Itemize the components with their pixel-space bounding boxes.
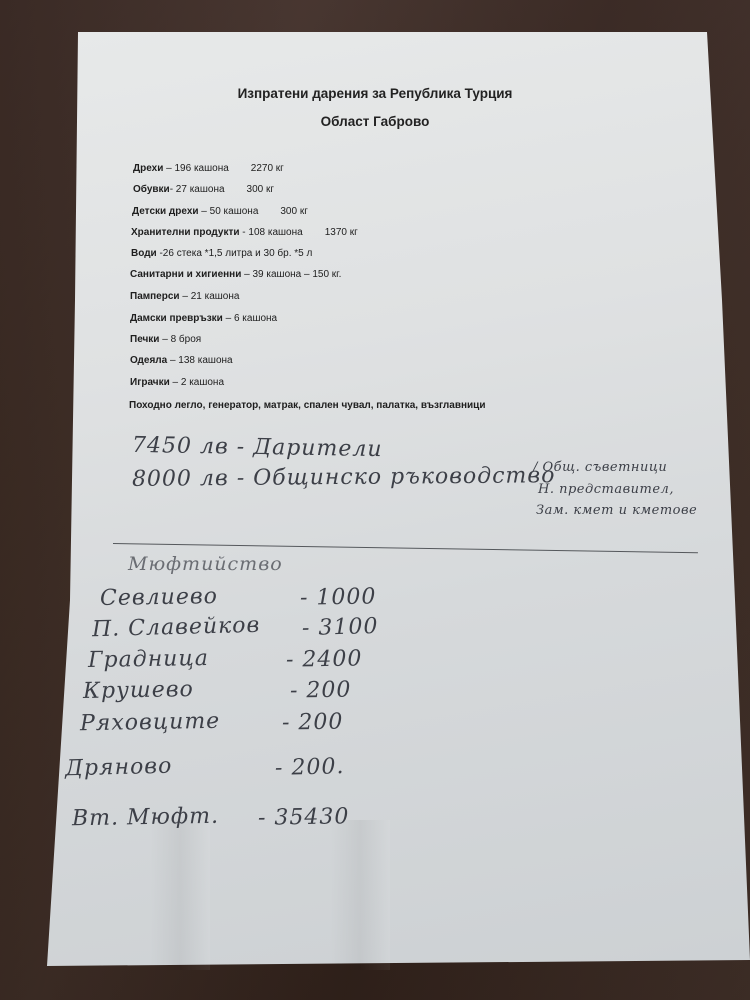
donation-item-name: Дамски превръзки (130, 313, 223, 324)
donation-item-name: Походно легло, генератор, матрак, спален… (129, 400, 485, 411)
muftiate-place: Вт. Мюфт. (72, 804, 219, 832)
donation-item-detail: -26 стека *1,5 литра и 30 бр. *5 л (157, 248, 313, 259)
handwritten-note-line3: Зам. кмет и кметове (536, 503, 697, 518)
donation-item: Детски дрехи – 50 кашона300 кг (132, 206, 308, 217)
donation-item: Памперси – 21 кашона (130, 291, 239, 302)
donation-item: Дамски превръзки – 6 кашона (130, 313, 277, 324)
donation-item: Одеяла – 138 кашона (130, 355, 233, 366)
muftiate-place: Градница (88, 646, 209, 673)
donation-item-detail: – 2 кашона (170, 377, 224, 388)
donation-item-weight: 300 кг (280, 206, 308, 217)
donation-item-detail: – 8 броя (159, 334, 201, 345)
donation-item-name: Дрехи (133, 163, 163, 174)
muftiate-header: Мюфтийство (128, 553, 283, 575)
paper-fold-shadow (330, 820, 390, 970)
donation-item-weight: 300 кг (247, 184, 275, 195)
donation-item: Играчки – 2 кашона (130, 377, 224, 388)
donation-item-detail: – 6 кашона (223, 313, 277, 324)
muftiate-amount: - 200 (282, 709, 344, 735)
muftiate-amount: - 2400 (286, 646, 363, 672)
donation-item-detail: - 108 кашона (240, 227, 303, 238)
handwritten-municipal-amount: 8000 лв - Общинско ръководство (132, 463, 556, 492)
donation-item: Дрехи – 196 кашона2270 кг (133, 163, 284, 174)
donation-item-detail: – 50 кашона (199, 206, 259, 217)
donation-item: Печки – 8 броя (130, 334, 201, 345)
donation-item: Хранителни продукти - 108 кашона1370 кг (131, 227, 358, 238)
muftiate-amount: - 3100 (302, 614, 379, 641)
donation-item-detail: - 27 кашона (170, 184, 225, 195)
donation-item-name: Санитарни и хигиенни (130, 269, 241, 280)
handwritten-donors-amount: 7450 лв - Дарители (132, 433, 383, 462)
donation-item-weight: 2270 кг (251, 163, 284, 174)
donation-item-name: Обувки (133, 184, 170, 195)
muftiate-place: П. Славейков (92, 613, 261, 642)
donation-item-detail: – 196 кашона (163, 163, 228, 174)
muftiate-place: Дряново (65, 754, 173, 782)
document-subtitle: Област Габрово (0, 114, 750, 129)
muftiate-place: Ряховците (80, 709, 221, 736)
donation-item-name: Играчки (130, 377, 170, 388)
donation-item-name: Хранителни продукти (131, 227, 240, 238)
donation-item-weight: 1370 кг (325, 227, 358, 238)
muftiate-place: Севлиево (100, 584, 218, 611)
donation-item-detail: – 21 кашона (180, 291, 240, 302)
donation-item: Води -26 стека *1,5 литра и 30 бр. *5 л (131, 248, 312, 259)
document-title: Изпратени дарения за Република Турция (0, 86, 750, 101)
donation-item-name: Води (131, 248, 157, 259)
donation-item-detail: – 138 кашона (167, 355, 232, 366)
paper-fold-shadow (150, 820, 210, 970)
donation-item-name: Одеяла (130, 355, 167, 366)
donation-item-name: Детски дрехи (132, 206, 199, 217)
muftiate-amount: - 1000 (300, 584, 377, 610)
muftiate-amount: - 200 (290, 677, 352, 703)
donation-item-name: Печки (130, 334, 159, 345)
donation-item-detail: – 39 кашона – 150 кг. (241, 269, 341, 280)
muftiate-amount: - 200. (275, 754, 345, 781)
muftiate-amount: - 35430 (258, 804, 350, 831)
handwritten-note-line2: Н. представител, (538, 482, 674, 497)
donation-item: Обувки- 27 кашона300 кг (133, 184, 274, 195)
donation-item: Походно легло, генератор, матрак, спален… (129, 400, 485, 411)
muftiate-place: Крушево (83, 677, 194, 704)
handwritten-note-line1: / Общ. съветници (533, 460, 667, 475)
donation-item: Санитарни и хигиенни – 39 кашона – 150 к… (130, 269, 341, 280)
donation-item-name: Памперси (130, 291, 180, 302)
